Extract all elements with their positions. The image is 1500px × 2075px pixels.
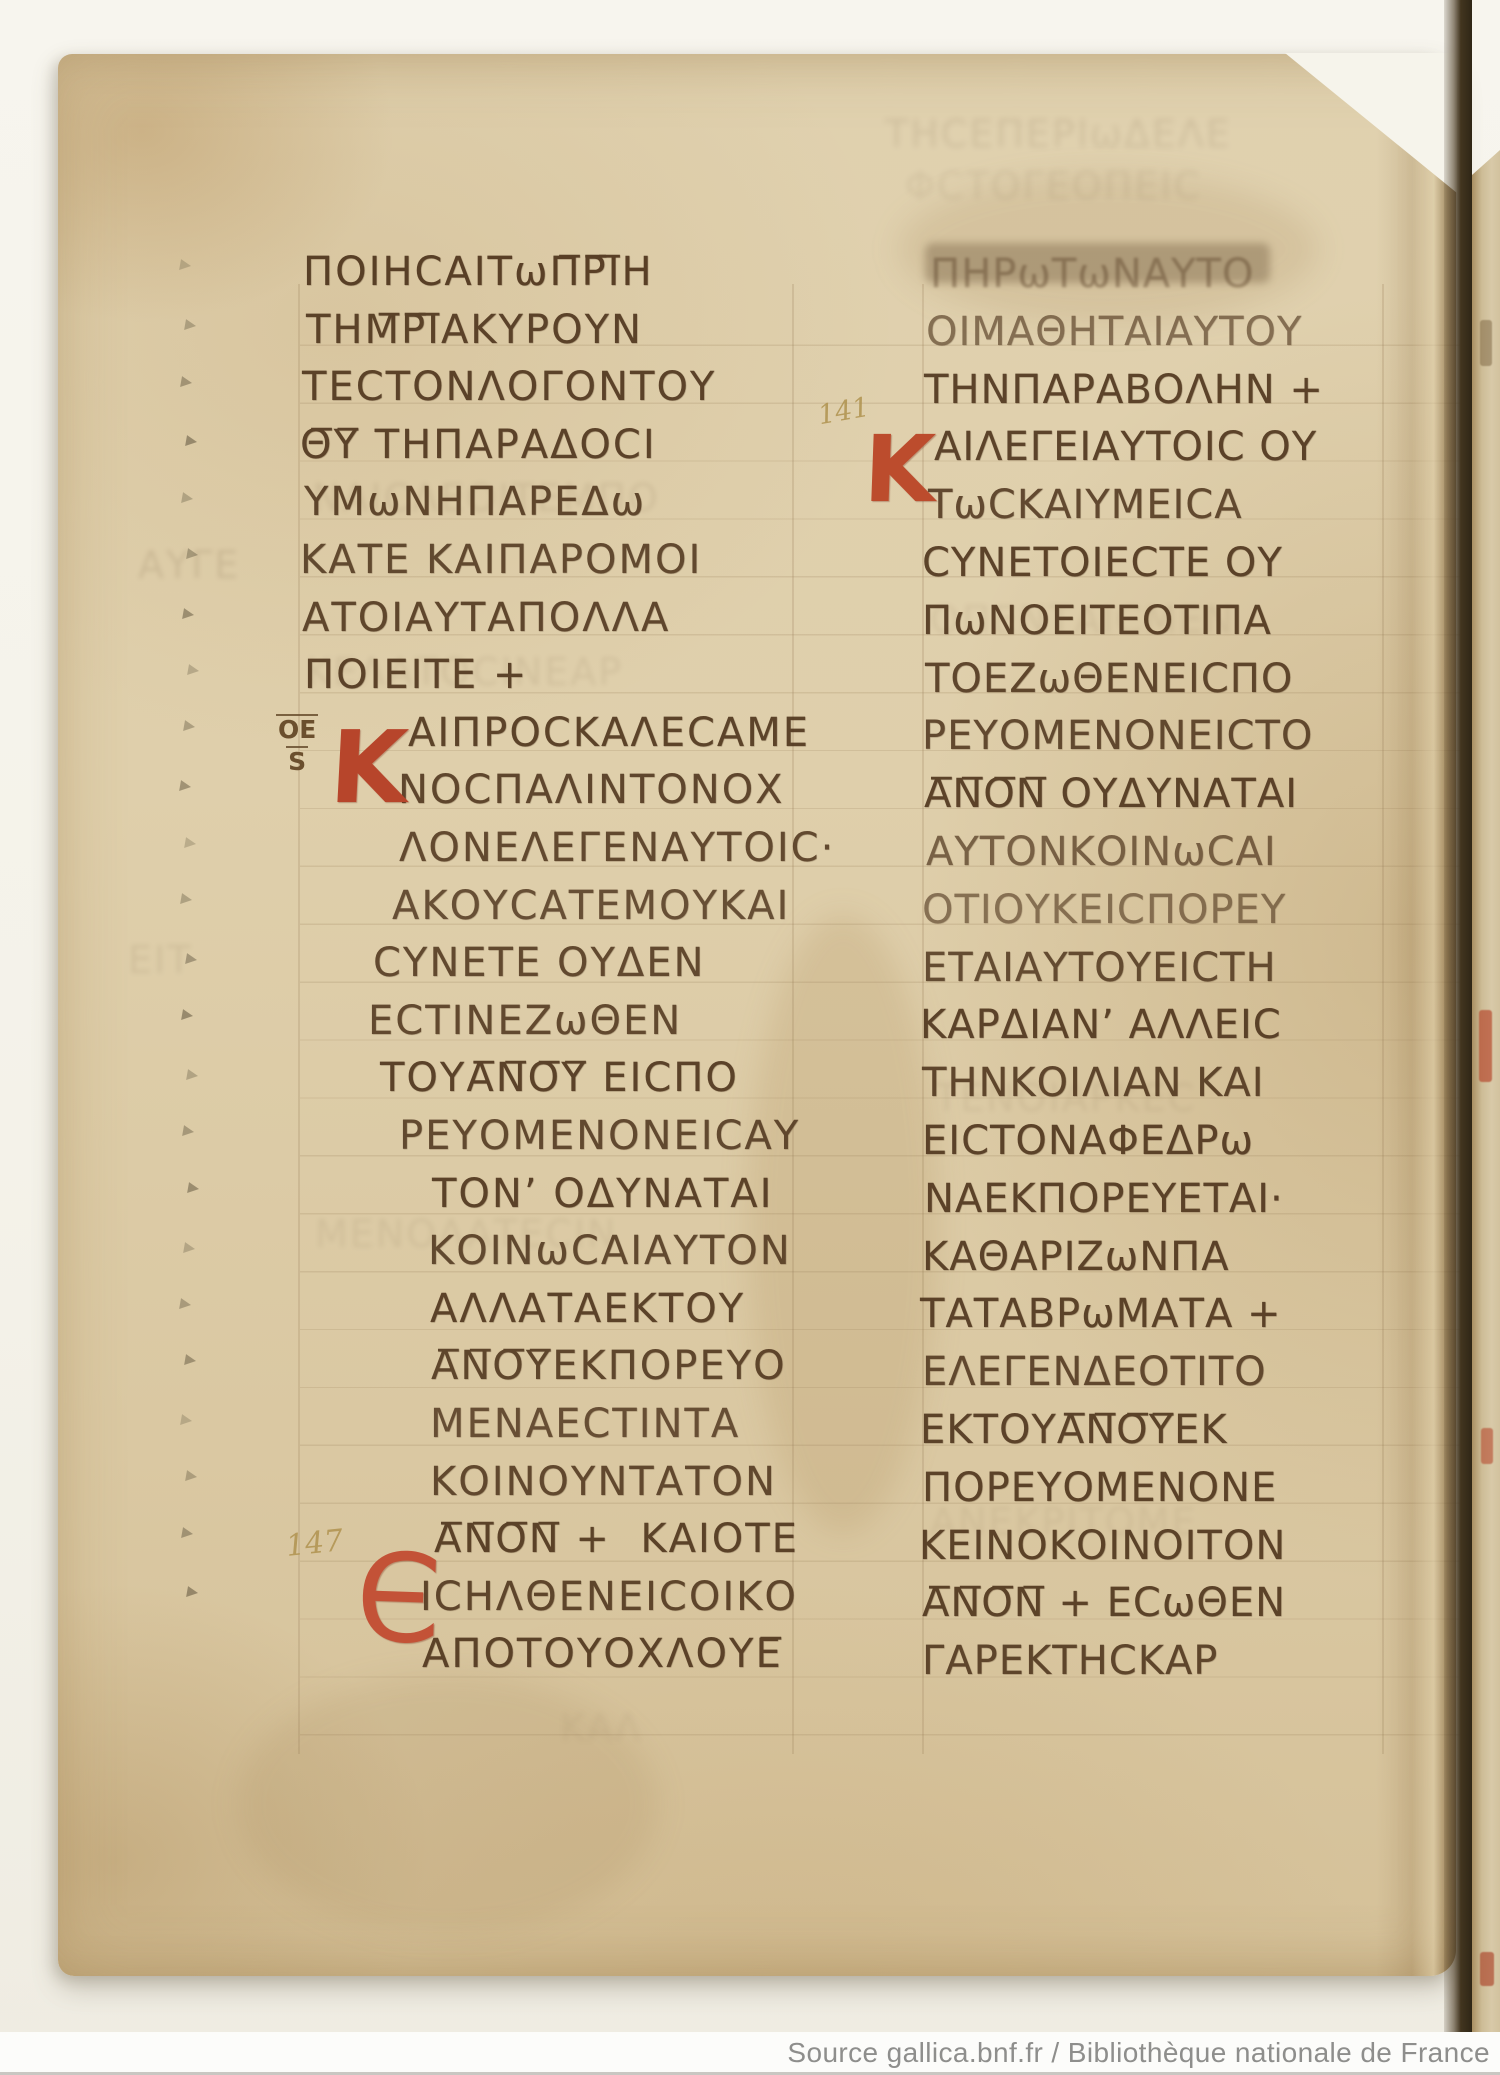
digitized-manuscript-photo: ΤΗϹΕΠΕΡΙωΔΕΛΕΦϹΤΟΓΕΟΠΕΙϹΝΑΙϹΛΕΟΙΤΕΜΠΟΑΥΓ… bbox=[0, 0, 1500, 2075]
manuscript-line: ΤΑΤΑΒΡωΜΑΤΑ + bbox=[920, 1292, 1282, 1336]
quire-mark-icon bbox=[186, 548, 199, 561]
manuscript-line: Α̅Ν̅Ο̅Ν̅ ΟΥΔΥΝΑΤΑΙ bbox=[924, 772, 1298, 816]
manuscript-line: ΛΟΝΕΛΕΓΕΝΑΥΤΟΙϹ· bbox=[399, 826, 835, 870]
facing-page-text-trace bbox=[1480, 320, 1492, 366]
source-caption-bar: Source gallica.bnf.fr / Bibliothèque nat… bbox=[0, 2032, 1500, 2075]
manuscript-line: ΠΗΡωΤωΝΑΥΤΟ bbox=[930, 252, 1254, 296]
manuscript-line: ΕΙϹΤΟΝΑΦΕΔΡω bbox=[922, 1119, 1254, 1163]
quire-mark-icon bbox=[179, 781, 192, 794]
quire-mark-icon bbox=[181, 1527, 194, 1540]
manuscript-line: ΤΟΝ’ ΟΔΥΝΑΤΑΙ bbox=[432, 1172, 773, 1216]
quire-mark-icon bbox=[180, 376, 193, 389]
quire-mark-icon bbox=[187, 664, 200, 677]
manuscript-line: ΠωΝΟΕΙΤΕΟΤΙΠΑ bbox=[922, 599, 1272, 643]
manuscript-line: ΑΥΤΟΝΚΟΙΝωϹΑΙ bbox=[926, 830, 1277, 874]
quire-mark-icon bbox=[184, 837, 197, 850]
book-gutter bbox=[1444, 0, 1472, 2032]
quire-mark-icon bbox=[185, 953, 198, 966]
canon-number: S bbox=[286, 746, 308, 775]
quire-mark-icon bbox=[185, 436, 198, 449]
manuscript-line: ΤΕϹΤΟΝΛΟΓΟΝΤΟΥ bbox=[302, 365, 716, 409]
eusebian-section-number: ΟΕ S bbox=[276, 714, 318, 776]
parchment-page: ΤΗϹΕΠΕΡΙωΔΕΛΕΦϹΤΟΓΕΟΠΕΙϹΝΑΙϹΛΕΟΙΤΕΜΠΟΑΥΓ… bbox=[58, 54, 1456, 1976]
quire-mark-icon bbox=[182, 1125, 195, 1138]
facing-page-rubric-trace bbox=[1481, 1428, 1493, 1464]
manuscript-line: ΡΕΥΟΜΕΝΟΝΕΙϹΤΟ bbox=[922, 714, 1313, 758]
quire-mark-icon bbox=[186, 1069, 199, 1082]
manuscript-line: ϹΥΝΕΤΟΙΕϹΤΕ ΟΥ bbox=[922, 541, 1283, 585]
initial-epsilon-left: Є bbox=[354, 1537, 443, 1662]
manuscript-line: ΟΙΜΑΘΗΤΑΙΑΥΤΟΥ bbox=[926, 310, 1302, 354]
manuscript-line: ΚΕΙΝΟΚΟΙΝΟΙΤΟΝ bbox=[919, 1524, 1286, 1568]
manuscript-line: ΑΠΟΤΟΥΟΧΛΟΥΕ̅ bbox=[422, 1632, 783, 1676]
quire-mark-icon bbox=[179, 259, 192, 272]
quire-mark-icon bbox=[180, 893, 193, 906]
manuscript-line: ΑΚΟΥϹΑΤΕΜΟΥΚΑΙ bbox=[392, 884, 790, 928]
manuscript-line: ΠΟΙΗϹΑΙΤωΠ̅Ρ̅Ι̅Η bbox=[303, 250, 654, 294]
manuscript-line: ΜΕΝΑΕϹΤΙΝΤΑ bbox=[430, 1402, 740, 1446]
quire-mark-icon bbox=[185, 1470, 198, 1483]
source-caption: Source gallica.bnf.fr / Bibliothèque nat… bbox=[787, 2037, 1490, 2069]
manuscript-line: ΚΑΘΑΡΙΖωΝΠΑ bbox=[922, 1235, 1230, 1279]
quire-mark-icon bbox=[181, 1009, 194, 1022]
manuscript-line: Α̅Ν̅Ο̅Ν̅ + ΚΑΙΟΤΕ bbox=[434, 1517, 799, 1561]
manuscript-line: ΝΟϹΠΑΛΙΝΤΟΝΟΧ bbox=[398, 768, 785, 812]
manuscript-line: ΓΑΡΕΚΤΗϹΚΑΡ bbox=[922, 1639, 1218, 1683]
manuscript-line: ΑΙΛΕΓΕΙΑΥΤΟΙϹ ΟΥ bbox=[934, 425, 1317, 469]
manuscript-line: ΕΤΑΙΑΥΤΟΥΕΙϹΤΗ bbox=[922, 946, 1277, 990]
quire-mark-icon bbox=[184, 319, 197, 332]
initial-kappa-right: Κ bbox=[862, 424, 937, 516]
quire-mark-icon bbox=[179, 1298, 192, 1311]
manuscript-line: ϹΥΝΕΤΕ ΟΥΔΕΝ bbox=[373, 941, 705, 985]
manuscript-line: Α̅Ν̅Ο̅Ν̅ + ΕϹωΘΕΝ bbox=[922, 1581, 1286, 1625]
facing-page-rubric-trace bbox=[1480, 1952, 1494, 1986]
manuscript-line: ΑΤΟΙΑΥΤΑΠΟΛΛΑ bbox=[302, 596, 670, 640]
facing-page-edge bbox=[1472, 0, 1500, 2032]
manuscript-line: ΥΜωΝΗΠΑΡΕΔω bbox=[304, 480, 646, 524]
initial-kappa-left: Κ bbox=[327, 718, 410, 818]
manuscript-line: ΝΑΕΚΠΟΡΕΥΕΤΑΙ· bbox=[924, 1177, 1284, 1221]
manuscript-line: ΑΙΠΡΟϹΚΑΛΕϹΑΜΕ bbox=[408, 711, 810, 755]
manuscript-line: ΡΕΥΟΜΕΝΟΝΕΙϹΑΥ bbox=[399, 1114, 800, 1158]
manuscript-line: ΕΛΕΓΕΝΔΕΟΤΙΤΟ bbox=[922, 1350, 1267, 1394]
quire-mark-icon bbox=[184, 1354, 197, 1367]
ink-offset-trace: ΕΙΤ bbox=[128, 938, 192, 982]
manuscript-line: ΚΑΤΕ ΚΑΙΠΑΡΟΜΟΙ bbox=[300, 538, 702, 582]
manuscript-line: ΤΟΥΑ̅Ν̅Ο̅Υ̅ ΕΙϹΠΟ bbox=[380, 1056, 739, 1100]
quire-mark-icon bbox=[183, 1242, 196, 1255]
section-number: ΟΕ bbox=[276, 714, 318, 743]
quire-mark-icon bbox=[180, 1414, 193, 1427]
manuscript-line: ΤΗΝΠΑΡΑΒΟΛΗΝ + bbox=[924, 368, 1324, 412]
manuscript-line: ΚΟΙΝωϹΑΙΑΥΤΟΝ bbox=[428, 1229, 792, 1273]
manuscript-line: ΑΛΛΑΤΑΕΚΤΟΥ bbox=[430, 1287, 745, 1331]
manuscript-line: ΟΤΙΟΥΚΕΙϹΠΟΡΕΥ bbox=[922, 888, 1286, 932]
quire-mark-icon bbox=[187, 1182, 200, 1195]
manuscript-line: ΤωϹΚΑΙΥΜΕΙϹΑ bbox=[928, 483, 1243, 527]
ink-offset-trace: ΤΗϹΕΠΕΡΙωΔΕΛΕ bbox=[885, 112, 1232, 156]
quire-mark-icon bbox=[182, 608, 195, 621]
manuscript-line: ΠΟΙΕΙΤΕ + bbox=[304, 653, 528, 697]
manuscript-line: ΕϹΤΙΝΕΖωΘΕΝ bbox=[368, 999, 682, 1043]
facing-page-rubric-trace bbox=[1479, 1010, 1492, 1082]
quire-mark-icon bbox=[183, 721, 196, 734]
manuscript-line: ΚΟΙΝΟΥΝΤΑΤΟΝ bbox=[430, 1460, 777, 1504]
manuscript-line: Θ̅Υ̅ ΤΗΠΑΡΑΔΟϹΙ bbox=[300, 423, 657, 467]
manuscript-line: ΕΚΤΟΥΑ̅Ν̅Ο̅Υ̅ΕΚ bbox=[920, 1408, 1228, 1452]
manuscript-line: ΤΟΕΖωΘΕΝΕΙϹΠΟ bbox=[925, 657, 1293, 701]
manuscript-line: ΙϹΗΛΘΕΝΕΙϹΟΙΚΟ bbox=[420, 1575, 798, 1619]
quire-mark-icon bbox=[181, 492, 194, 505]
manuscript-line: ΠΟΡΕΥΟΜΕΝΟΝΕ bbox=[922, 1466, 1277, 1510]
quire-mark-icon bbox=[186, 1587, 199, 1600]
manuscript-line: ΤΗΝΚΟΙΛΙΑΝ ΚΑΙ bbox=[922, 1061, 1265, 1105]
chapter-annotation-147: 147 bbox=[284, 1523, 345, 1564]
manuscript-line: ΤΗΜ̅Ρ̅Ι̅ΑΚΥΡΟΥΝ bbox=[306, 308, 643, 352]
manuscript-line: Α̅Ν̅Ο̅Υ̅ΕΚΠΟΡΕΥΟ bbox=[431, 1344, 787, 1388]
manuscript-line: ΚΑΡΔΙΑΝ’ ΑΛΛΕΙϹ bbox=[920, 1003, 1282, 1047]
